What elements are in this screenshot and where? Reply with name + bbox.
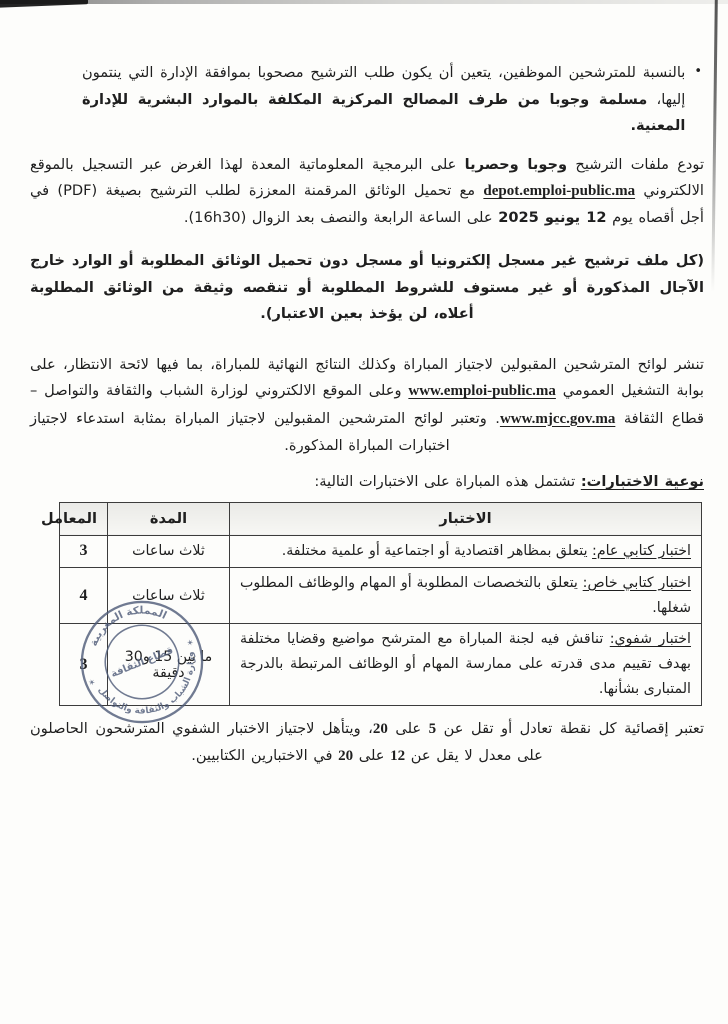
exam-title: اختبار كتابي عام: <box>592 543 691 559</box>
results-publication-paragraph: تنشر لوائح المترشحين المقبولين لاجتياز ا… <box>30 352 704 460</box>
score-value: 20 <box>338 748 353 764</box>
text-run: تعتبر إقصائية كل نقطة تعادل أو تقل عن <box>436 720 704 737</box>
exam-duration-cell: ثلاث ساعات <box>108 535 230 567</box>
exam-title: اختبار كتابي خاص: <box>583 575 691 591</box>
text-run: على <box>388 720 429 737</box>
scanned-document-page: • بالنسبة للمترشحين الموظفين، يتعين أن ي… <box>0 0 728 1024</box>
rejection-warning-paragraph: (كل ملف ترشيح غير مسجل إلكترونيا أو مسجل… <box>30 248 704 328</box>
employed-candidates-note: • بالنسبة للمترشحين الموظفين، يتعين أن ي… <box>82 60 702 140</box>
exams-type-label: نوعية الاختبارات: <box>581 473 704 490</box>
score-value: 20 <box>373 721 388 737</box>
exam-title: اختبار شفوي: <box>610 631 691 647</box>
scan-artifact-top-smear <box>0 0 728 4</box>
stamp-kingdom-text: المملكة المغربية <box>80 592 171 651</box>
text-run: على <box>353 747 390 764</box>
exam-description-cell: اختبار شفوي: تناقش فيه لجنة المباراة مع … <box>230 624 702 706</box>
exam-description-cell: اختبار كتابي خاص: يتعلق بالتخصصات المطلو… <box>230 567 702 624</box>
text-run: . وتعتبر لوائح المترشحين المقبولين لاجتي… <box>30 410 500 454</box>
deadline-date: 12 يونيو 2025 <box>498 209 606 226</box>
scan-artifact-corner-mark <box>0 0 88 8</box>
bullet-icon: • <box>694 60 702 140</box>
employed-candidates-text: بالنسبة للمترشحين الموظفين، يتعين أن يكو… <box>82 60 685 140</box>
text-run-bold: مسلمة وجوبا من طرف المصالح المركزية المك… <box>82 91 685 135</box>
mjcc-url: www.mjcc.gov.ma <box>500 411 615 427</box>
exams-table-header-row: الاختبار المدة المعامل <box>60 502 702 535</box>
stamp-sector-text: قطاع الثقافة <box>110 645 175 680</box>
text-run: على الساعة الرابعة والنصف بعد الزوال (16… <box>184 209 498 226</box>
depot-site-url: depot.emploi-public.ma <box>483 183 635 199</box>
exam-desc: يتعلق بمظاهر اقتصادية أو اجتماعية أو علم… <box>282 543 592 559</box>
exams-type-heading: نوعية الاختبارات: تشتمل هذه المباراة على… <box>30 469 704 496</box>
exam-column-header: الاختبار <box>230 502 702 535</box>
table-row-general-written-exam: اختبار كتابي عام: يتعلق بمظاهر اقتصادية … <box>60 535 702 567</box>
emploi-public-url: www.emploi-public.ma <box>408 383 556 399</box>
exam-description-cell: اختبار كتابي عام: يتعلق بمظاهر اقتصادية … <box>230 535 702 567</box>
exam-coefficient-cell: 3 <box>60 535 108 567</box>
score-value: 12 <box>390 748 405 764</box>
text-run: تودع ملفات الترشيح <box>567 156 704 173</box>
application-deposit-paragraph: تودع ملفات الترشيح وجوبا وحصريا على البر… <box>30 152 704 232</box>
text-run-bold: وجوبا وحصريا <box>465 156 567 173</box>
star-icon: ✶ <box>185 638 195 650</box>
text-run: في الاختبارين الكتابيين. <box>191 747 338 764</box>
text-run: تشتمل هذه المباراة على الاختبارات التالي… <box>314 473 581 490</box>
duration-column-header: المدة <box>108 502 230 535</box>
scan-artifact-right-streak <box>711 0 717 292</box>
coefficient-column-header: المعامل <box>60 502 108 535</box>
